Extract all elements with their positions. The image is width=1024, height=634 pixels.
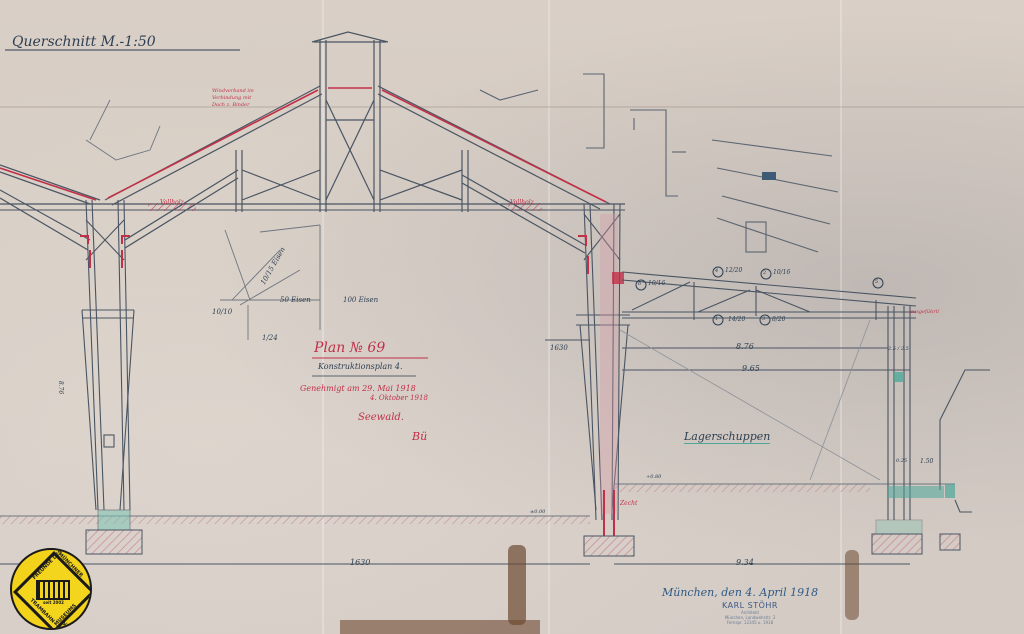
shed-right-offset: 1.50 — [920, 458, 933, 465]
approval-line-1: Genehmigt am 29. Mai 1918 — [300, 384, 416, 393]
approval-initials: Bü — [412, 430, 427, 443]
red-note-windverband: Windverband im Verbindung mit Dach z. Bi… — [212, 88, 254, 109]
floor-level-left: ±0.00 — [530, 509, 545, 515]
truss-cross-section — [0, 0, 1024, 634]
red-note-ausgefuehrt: ausgeführt! — [910, 309, 940, 315]
member-id-4: 4 — [715, 268, 718, 274]
hatched-label-left: Vollholz — [160, 199, 184, 206]
shed-span-inner: 8.76 — [736, 342, 754, 351]
signature-location-date: München, den 4. April 1918 — [662, 586, 818, 599]
approval-signature: Seewald. — [358, 412, 404, 423]
shed-post-dim: 2.5 / 2.5 — [888, 346, 909, 352]
member-id-3: 3 — [762, 316, 765, 322]
shed-right-small: 0.25 — [896, 458, 907, 464]
sketch-dim-5: 1/24 — [262, 334, 278, 342]
shed-span-outer: 9.65 — [742, 364, 760, 373]
member-label-2: 10/16 — [773, 269, 790, 276]
sketch-dim-2: 50 Eisen — [280, 296, 311, 304]
member-id-5: 5 — [875, 279, 878, 285]
side-label-lagerschuppen: Lagerschuppen — [684, 430, 770, 444]
tram-museum-logo: FREUNDE DES MÜNCHNER TRAMBAHN MUSEUMS e.… — [10, 548, 92, 630]
approval-line-2: 4. Oktober 1918 — [370, 394, 428, 402]
stamp-name: KARL STÖHR — [700, 601, 800, 610]
right-column-height: 1630 — [550, 344, 568, 352]
left-column-height: 8.76 — [57, 381, 64, 394]
sketch-dim-3: 100 Eisen — [343, 296, 378, 304]
paper-damage — [508, 545, 526, 625]
engineering-drawing-sheet: Querschnitt M.-1:50 Windverband im Verbi… — [0, 0, 1024, 634]
sketch-dim-4: 10/10 — [212, 308, 232, 316]
stamp-line-3: Fernspr. 12345 u. 1918 — [700, 620, 800, 625]
member-label-6: 10/16 — [648, 280, 665, 287]
left-span-bottom: 1630 — [350, 558, 370, 567]
floor-level-shed: +0.80 — [646, 474, 661, 480]
member-label-3: 8/20 — [772, 316, 785, 323]
plan-subtitle: Konstruktionsplan 4. — [318, 362, 403, 371]
red-note-line: Dach z. Binder — [212, 102, 254, 109]
shed-bottom-span: 9.34 — [736, 558, 754, 567]
member-id-1: 1 — [715, 316, 718, 322]
plan-number: Plan № 69 — [314, 340, 385, 356]
member-id-2: 2 — [763, 270, 766, 276]
hatched-label-right: Vollholz — [510, 199, 534, 206]
paper-damage — [340, 620, 540, 634]
tram-icon — [36, 580, 70, 600]
red-note-base: Zecht — [620, 500, 637, 507]
red-note-line: Verbindung mit — [212, 95, 254, 102]
logo-year: seit 2002 — [43, 600, 64, 605]
paper-damage — [845, 550, 859, 620]
member-id-6: 6 — [638, 281, 641, 287]
drawing-title: Querschnitt M.-1:50 — [12, 34, 156, 50]
red-note-line: Windverband im — [212, 88, 254, 95]
member-label-1: 14/20 — [728, 316, 745, 323]
architect-stamp: KARL STÖHR Architekt München, Landwehrst… — [700, 601, 800, 625]
member-label-4: 12/20 — [725, 267, 742, 274]
